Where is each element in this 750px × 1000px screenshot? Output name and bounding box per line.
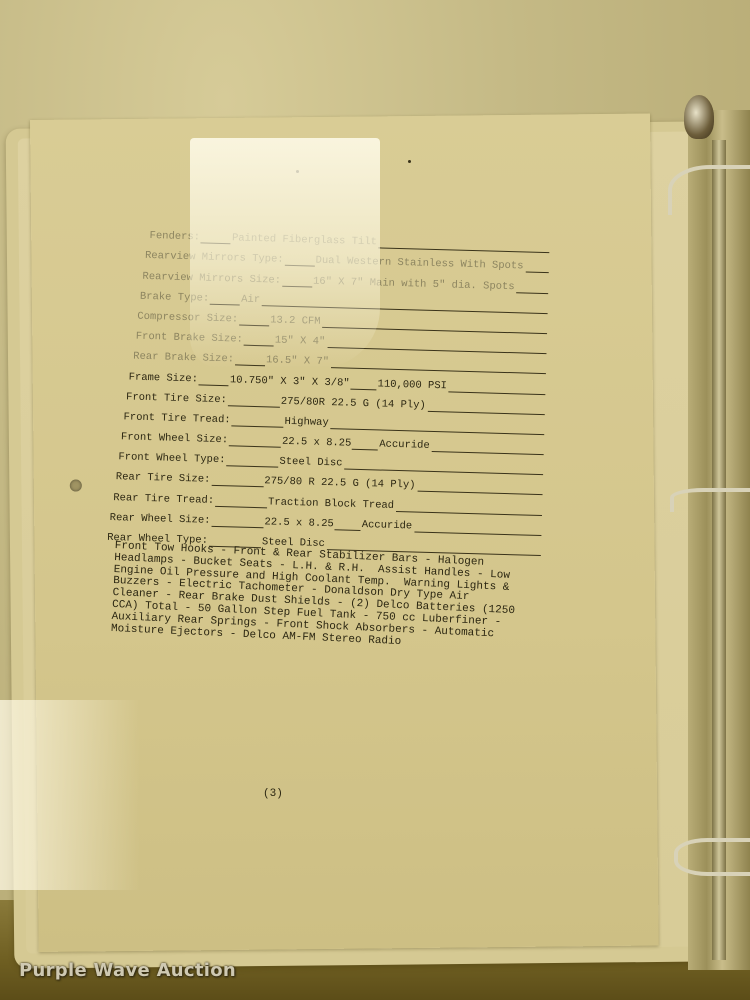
blank-line xyxy=(516,282,548,294)
field-value: 15" X 4" xyxy=(275,335,326,348)
blank-line xyxy=(226,455,278,467)
binder-ring xyxy=(668,165,750,215)
field-label: Fenders: xyxy=(149,230,200,243)
blank-line xyxy=(231,415,283,427)
blank-line xyxy=(211,516,263,528)
spec-form: Fenders:Painted Fiberglass TiltRearview … xyxy=(141,222,550,556)
blank-line xyxy=(211,475,263,487)
field-value: 22.5 x 8.25 xyxy=(264,516,334,530)
field-value: Highway xyxy=(284,416,328,429)
blank-line xyxy=(284,255,314,267)
blank-line xyxy=(210,293,240,305)
field-value: Steel Disc xyxy=(279,456,342,470)
blank-line xyxy=(228,395,280,407)
features-paragraph: Front Tow Hooks - Front & Rear Stabilize… xyxy=(111,541,545,655)
field-label: Frame Size: xyxy=(128,371,198,385)
blank-line xyxy=(350,378,376,390)
blank-line xyxy=(335,519,361,531)
punch-hole xyxy=(70,479,82,491)
blank-line xyxy=(235,355,265,367)
field-extra: 110,000 PSI xyxy=(377,378,447,392)
binder-ring xyxy=(674,838,750,876)
blank-line xyxy=(229,435,281,447)
speck xyxy=(296,170,299,173)
blank-line xyxy=(282,275,312,287)
speck xyxy=(408,160,411,163)
blank-line xyxy=(244,335,274,347)
watermark: Purple Wave Auction xyxy=(19,960,236,981)
page-number: (3) xyxy=(263,788,283,800)
field-value: 13.2 CFM xyxy=(270,314,321,327)
binder-rod xyxy=(712,140,726,960)
field-value: 22.5 x 8.25 xyxy=(282,436,352,450)
binder-lever-icon[interactable] xyxy=(684,95,714,139)
field-value: 16.5" X 7" xyxy=(266,355,329,369)
blank-line xyxy=(239,314,269,326)
field-extra: Accuride xyxy=(379,439,430,452)
binder-ring xyxy=(670,488,750,512)
blank-line xyxy=(525,262,549,274)
field-label: Brake Type: xyxy=(140,290,210,304)
blank-line xyxy=(199,374,229,386)
blank-line xyxy=(201,233,231,245)
blank-line xyxy=(215,496,267,508)
field-extra: Accuride xyxy=(362,519,413,532)
blank-line xyxy=(352,439,378,451)
field-value: Air xyxy=(241,293,260,306)
